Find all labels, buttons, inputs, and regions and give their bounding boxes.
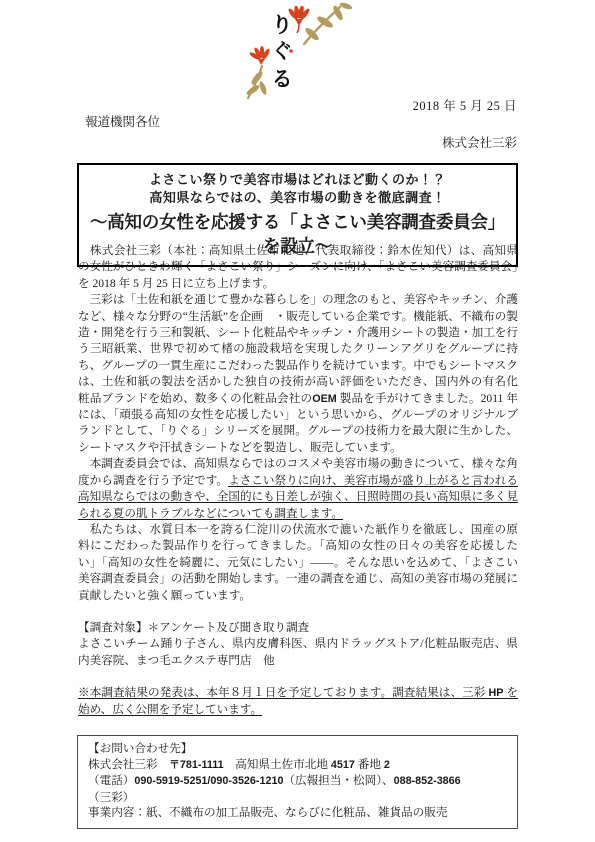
contact-phone: （電話）090-5919-5251/090-3526-1210（広報担当・松岡）…: [88, 773, 507, 805]
logo-accent-dot: [289, 49, 293, 53]
body-paragraph: 三彩は「土佐和紙を通じて豊かな暮らしを」の理念のもと、美容やキッチン、介護など、…: [78, 292, 518, 456]
body-paragraph: 株式会社三彩（本社：高知県土佐市北地、代表取締役：鈴木佐知代）は、高知県の女性が…: [78, 243, 518, 292]
contact-heading: 【お問い合わせ先】: [88, 741, 507, 757]
riguru-logo: り ぐ る: [246, 0, 358, 102]
contact-business: 事業内容：紙、不織布の加工品販売、ならびに化粧品、雑貨品の販売: [88, 805, 507, 821]
logo-wordmark: り ぐ る: [272, 14, 293, 91]
riguru-logo-art: り ぐ る: [246, 0, 358, 102]
text-segment: 事業内容：紙、不織布の加工品販売、ならびに化粧品、雑貨品の販売: [88, 806, 447, 819]
recipient-text: 報道機関各位: [85, 112, 160, 130]
survey-section: 【調査対象】＊アンケート及び聞き取り調査 よさこいチーム踊り子さん、県内皮膚科医…: [78, 620, 518, 669]
body-content: 株式会社三彩（本社：高知県土佐市北地、代表取締役：鈴木佐知代）は、高知県の女性が…: [78, 243, 518, 718]
logo-char-ru: る: [272, 68, 293, 91]
body-paragraph: 私たちは、水質日本一を誇る仁淀川の伏流水で漉いた紙作りを徹底し、国産の原料にこだ…: [78, 522, 518, 604]
text-segment: 088-852-3866: [394, 775, 461, 787]
text-segment: （三彩）: [88, 791, 134, 804]
text-segment: 番地: [355, 758, 384, 771]
logo-char-ri: り: [272, 14, 293, 37]
text-segment: 三彩は「土佐和紙を通じて豊かな暮らしを」の理念のもと、美容やキッチン、介護など、…: [78, 293, 518, 404]
text-segment: 高知県土佐市北地: [224, 758, 331, 771]
note-section: ※本調査結果の発表は、本年８月１日を予定しております。調査結果は、三彩 HP を…: [78, 685, 518, 718]
branch-top-right-icon: [304, 1, 353, 44]
sender-company-text: 株式会社三彩: [442, 133, 517, 151]
headline-line2: 高知県ならではの、美容市場の動きを徹底調査！: [83, 189, 512, 207]
text-segment: 4517: [331, 759, 355, 771]
text-segment: 株式会社三彩: [88, 758, 169, 771]
text-segment: （広報担当・松岡）、: [283, 774, 393, 787]
headline-line1: よさこい祭りで美容市場はどれほど動くのか！？: [83, 171, 512, 189]
text-segment: ※本調査結果の発表は、本年８月１日を予定しております。調査結果は、三彩: [78, 686, 488, 699]
note-text: ※本調査結果の発表は、本年８月１日を予定しております。調査結果は、三彩 HP を…: [78, 685, 518, 718]
contact-box: 【お問い合わせ先】 株式会社三彩 〒781-1111 高知県土佐市北地 4517…: [77, 735, 518, 829]
contact-address: 株式会社三彩 〒781-1111 高知県土佐市北地 4517 番地 2: [88, 757, 507, 774]
press-release-page: り ぐ る 2018 年 5 月 25 日 報道機関各位 株式会社三彩 よさこい…: [0, 0, 595, 842]
flower-bottom-icon: [249, 46, 271, 65]
text-segment: 090-5919-5251/090-3526-1210: [134, 775, 283, 787]
text-segment: 株式会社三彩（本社：高知県土佐市北地、代表取締役：鈴木佐知代）は、高知県の女性が…: [78, 244, 518, 290]
text-segment: （電話）: [88, 774, 134, 787]
branch-bottom-left-icon: [246, 66, 268, 98]
text-segment: 私たちは、水質日本一を誇る仁淀川の伏流水で漉いた紙作りを徹底し、国産の原料にこだ…: [78, 523, 518, 602]
survey-targets: よさこいチーム踊り子さん、県内皮膚科医、県内ドラッグストア/化粧品販売店、県内美…: [78, 636, 518, 669]
date-text: 2018 年 5 月 25 日: [413, 96, 517, 114]
text-segment: HP: [488, 687, 503, 699]
survey-heading: 【調査対象】＊アンケート及び聞き取り調査: [78, 620, 518, 636]
body-paragraph: 本調査委員会では、高知県ならではのコスメや美容市場の動きについて、様々な角度から…: [78, 456, 518, 522]
text-segment: OEM: [312, 393, 337, 405]
text-segment: 2: [384, 759, 390, 771]
text-segment: 〒781-1111: [169, 759, 223, 771]
